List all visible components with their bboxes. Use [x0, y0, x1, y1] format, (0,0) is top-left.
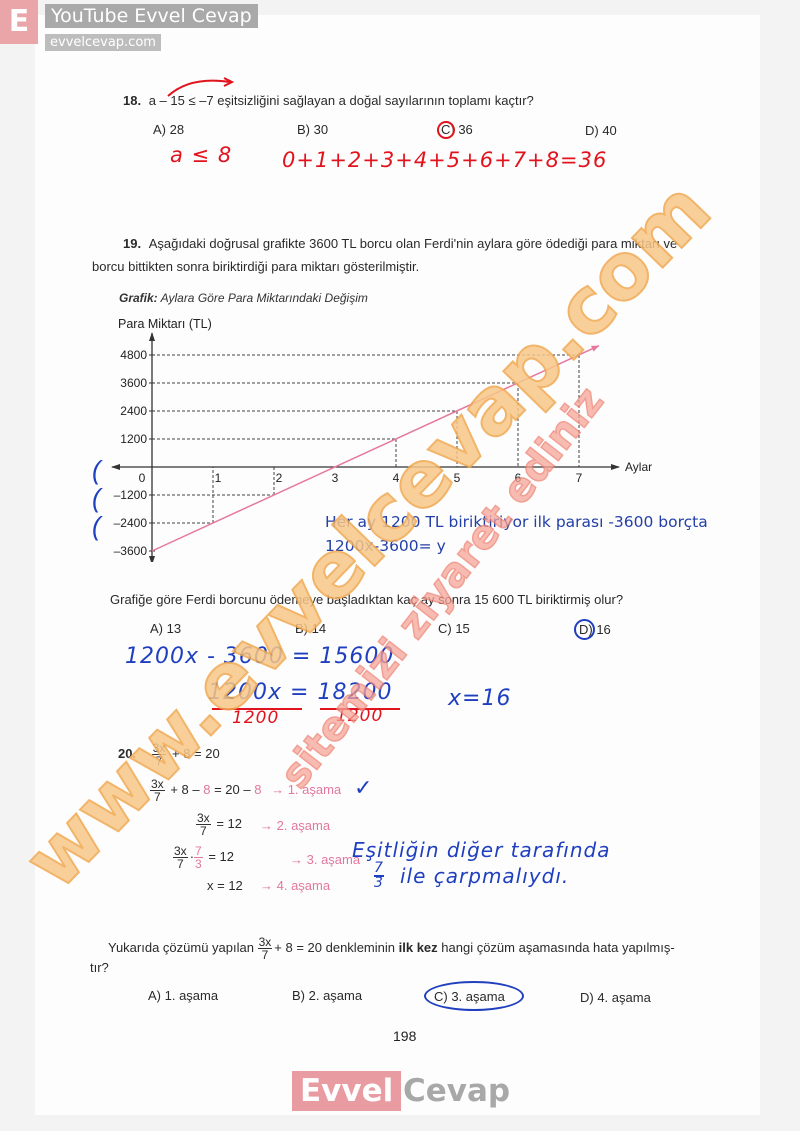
handwritten-equation-2: 1200x = 18200	[208, 680, 392, 705]
sub-question-text: Yukarıda çözümü yapılan 3x7+ 8 = 20 denk…	[108, 936, 675, 961]
svg-text:5: 5	[454, 471, 461, 485]
question-text: a – 15 ≤ –7 eşitsizliğini sağlayan a doğ…	[149, 93, 534, 108]
svg-text:Aylar: Aylar	[625, 460, 652, 474]
step-3: 3x7·73 = 12 → 3. aşama	[173, 845, 234, 870]
svg-text:–1200: –1200	[114, 488, 148, 502]
stage-label: → 2. aşama	[260, 818, 330, 833]
svg-text:3: 3	[332, 471, 339, 485]
selected-answer-circle	[424, 981, 524, 1011]
handwritten-sum: 0+1+2+3+4+5+6+7+8=36	[282, 148, 607, 172]
stage-label: → 4. aşama	[260, 878, 330, 893]
chart-caption-label: Grafik:	[119, 291, 158, 305]
question-text-line1: Aşağıdaki doğrusal grafikte 3600 TL borc…	[149, 236, 678, 251]
svg-text:6: 6	[515, 471, 522, 485]
step-1: 3x7 + 8 – 8 = 20 – 8 → 1. aşama	[150, 778, 341, 803]
svg-text:Para Miktarı (TL): Para Miktarı (TL)	[118, 317, 212, 331]
question-text-line2: borcu bittikten sonra biriktirdiği para …	[92, 259, 419, 274]
option-a[interactable]: A) 1. aşama	[148, 988, 218, 1003]
svg-text:7: 7	[576, 471, 583, 485]
chart-caption: Grafik: Aylara Göre Para Miktarındaki De…	[119, 291, 368, 305]
question-number: 19.	[123, 236, 141, 251]
stage-label: → 3. aşama	[290, 852, 360, 867]
svg-text:0: 0	[139, 471, 146, 485]
step-4: x = 12 → 4. aşama	[207, 878, 243, 893]
handwritten-note-line2: ile çarpmalıydı.	[400, 864, 569, 888]
check-mark: ✓	[354, 776, 373, 801]
question-number: 20.	[118, 746, 136, 761]
logo-url: evvelcevap.com	[45, 34, 161, 51]
selected-answer-circle	[437, 121, 455, 139]
svg-text:4: 4	[393, 471, 400, 485]
chart-caption-text: Aylara Göre Para Miktarındaki Değişim	[158, 291, 368, 305]
step-2: 3x7 = 12 → 2. aşama	[196, 812, 242, 837]
bracket-marks: (((	[92, 456, 101, 540]
sub-question-text: Grafiğe göre Ferdi borcunu ödemeye başla…	[110, 592, 623, 607]
svg-text:1200: 1200	[120, 432, 147, 446]
option-a[interactable]: A) 28	[153, 122, 184, 137]
brand-logo-evvel: Evvel	[292, 1071, 401, 1111]
svg-text:3600: 3600	[120, 376, 147, 390]
denominator-left: 1200	[232, 708, 279, 728]
option-b[interactable]: B) 2. aşama	[292, 988, 362, 1003]
stage-label: → 1. aşama	[271, 782, 341, 797]
selected-answer-circle	[574, 619, 595, 640]
annotation-line2: 1200x-3600= y	[325, 537, 446, 555]
option-d[interactable]: D) 40	[585, 123, 617, 138]
option-b[interactable]: B) 14	[295, 621, 326, 636]
handwritten-note-fraction: 7 3	[374, 862, 384, 890]
handwritten-result: x=16	[448, 686, 511, 711]
logo-letter: E	[0, 0, 38, 44]
svg-text:–2400: –2400	[114, 516, 148, 530]
denominator-right: 1200	[336, 706, 383, 726]
svg-text:1: 1	[215, 471, 222, 485]
svg-text:4800: 4800	[120, 348, 147, 362]
page-number: 198	[393, 1028, 416, 1044]
logo-title: YouTube Evvel Cevap	[45, 4, 258, 28]
handwritten-inequality: a ≤ 8	[170, 143, 232, 167]
option-b[interactable]: B) 30	[297, 122, 328, 137]
handwritten-equation-1: 1200x - 3600 = 15600	[125, 644, 394, 669]
svg-text:2400: 2400	[120, 404, 147, 418]
option-a[interactable]: A) 13	[150, 621, 181, 636]
svg-text:2: 2	[276, 471, 283, 485]
option-c[interactable]: C) 15	[438, 621, 470, 636]
handwritten-note-line1: Eşitliğin diğer tarafında	[352, 838, 611, 862]
question-number: 18.	[123, 93, 141, 108]
option-d[interactable]: D) 4. aşama	[580, 990, 651, 1005]
brand-logo-cevap: Cevap	[403, 1071, 510, 1111]
annotation-line1: Her ay 1200 TL biriktiriyor ilk parası -…	[325, 513, 708, 531]
svg-text:–3600: –3600	[114, 544, 148, 558]
